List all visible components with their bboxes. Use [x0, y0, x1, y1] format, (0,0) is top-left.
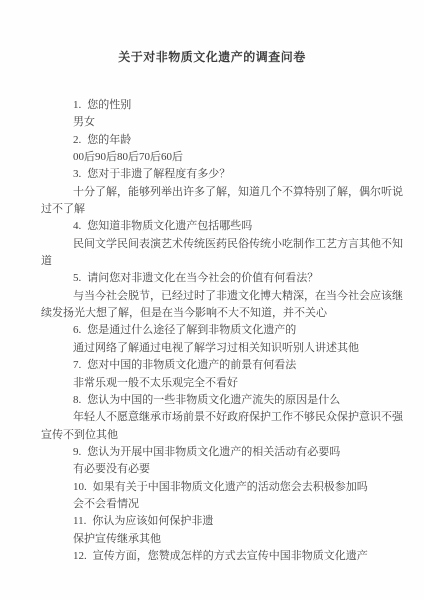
question-text: 您的性别	[87, 99, 131, 111]
question-item: 10.如果有关于中国非物质文化遗产的活动您会去积极参加吗 会不会看情况	[41, 479, 403, 514]
question-line: 12.宣传方面，您赞成怎样的方式去宣传中国非物质文化遗产	[41, 548, 403, 565]
question-number: 8.	[73, 394, 81, 406]
question-options: 民间文学民间表演艺术传统医药民俗传统小吃制作工艺方言其他不知道	[41, 236, 403, 271]
question-line: 3.您对于非遗了解程度有多少？	[41, 166, 403, 183]
question-number: 10.	[73, 481, 87, 493]
question-options: 十分了解，能够列举出许多了解，知道几个不算特别了解，偶尔听说过不了解	[41, 184, 403, 219]
question-item: 2.您的年龄 00后90后80后70后60后	[41, 132, 403, 167]
question-number: 11.	[73, 515, 86, 527]
question-item: 1.您的性别 男女	[41, 97, 403, 132]
question-line: 11.你认为应该如何保护非遗	[41, 513, 403, 530]
document-title: 关于对非物质文化遗产的调查问卷	[0, 49, 424, 65]
question-number: 4.	[73, 220, 81, 232]
question-line: 9.您认为开展中国非物质文化遗产的相关活动有必要吗	[41, 444, 403, 461]
question-text: 如果有关于中国非物质文化遗产的活动您会去积极参加吗	[93, 481, 368, 493]
question-line: 4.您知道非物质文化遗产包括哪些吗	[41, 218, 403, 235]
question-line: 5.请问您对非遗文化在当今社会的价值有何看法？	[41, 270, 403, 287]
question-line: 10.如果有关于中国非物质文化遗产的活动您会去积极参加吗	[41, 479, 403, 496]
question-number: 7.	[73, 359, 81, 371]
question-text: 您知道非物质文化遗产包括哪些吗	[87, 220, 252, 232]
question-text: 你认为应该如何保护非遗	[92, 515, 213, 527]
question-options: 通过网络了解通过电视了解学习过相关知识听别人讲述其他	[41, 340, 403, 357]
question-line: 6.您是通过什么途径了解到非物质文化遗产的	[41, 322, 403, 339]
question-number: 9.	[73, 446, 81, 458]
question-options: 男女	[41, 114, 403, 131]
question-text: 您的年龄	[87, 134, 131, 146]
question-text: 宣传方面，您赞成怎样的方式去宣传中国非物质文化遗产	[93, 550, 368, 562]
question-text: 您对中国的非物质文化遗产的前景有何看法	[87, 359, 296, 371]
question-item: 4.您知道非物质文化遗产包括哪些吗 民间文学民间表演艺术传统医药民俗传统小吃制作…	[41, 218, 403, 270]
question-text: 您认为中国的一些非物质文化遗产流失的原因是什么	[87, 394, 340, 406]
question-number: 12.	[73, 550, 87, 562]
question-item: 6.您是通过什么途径了解到非物质文化遗产的 通过网络了解通过电视了解学习过相关知…	[41, 322, 403, 357]
question-item: 3.您对于非遗了解程度有多少？ 十分了解，能够列举出许多了解，知道几个不算特别了…	[41, 166, 403, 218]
question-options: 非常乐观一般不太乐观完全不看好	[41, 375, 403, 392]
questionnaire-page: 关于对非物质文化遗产的调查问卷 1.您的性别 男女 2.您的年龄 00后90后8…	[0, 0, 424, 600]
question-item: 7.您对中国的非物质文化遗产的前景有何看法 非常乐观一般不太乐观完全不看好	[41, 357, 403, 392]
question-options: 有必要没有必要	[41, 461, 403, 478]
question-list: 1.您的性别 男女 2.您的年龄 00后90后80后70后60后 3.您对于非遗…	[41, 97, 403, 565]
question-text: 您认为开展中国非物质文化遗产的相关活动有必要吗	[87, 446, 340, 458]
question-number: 2.	[73, 134, 81, 146]
question-item: 11.你认为应该如何保护非遗 保护宣传继承其他	[41, 513, 403, 548]
question-text: 您是通过什么途径了解到非物质文化遗产的	[87, 324, 296, 336]
question-item: 9.您认为开展中国非物质文化遗产的相关活动有必要吗 有必要没有必要	[41, 444, 403, 479]
question-number: 6.	[73, 324, 81, 336]
question-options: 00后90后80后70后60后	[41, 149, 403, 166]
question-options: 与当今社会脱节，已经过时了非遗文化博大精深，在当今社会应该继续发扬光大想了解，但…	[41, 288, 403, 323]
question-text: 请问您对非遗文化在当今社会的价值有何看法？	[87, 272, 318, 284]
question-number: 5.	[73, 272, 81, 284]
question-number: 1.	[73, 99, 81, 111]
question-options: 会不会看情况	[41, 496, 403, 513]
question-item: 8.您认为中国的一些非物质文化遗产流失的原因是什么 年轻人不愿意继承市场前景不好…	[41, 392, 403, 444]
question-options: 保护宣传继承其他	[41, 531, 403, 548]
question-item: 5.请问您对非遗文化在当今社会的价值有何看法？ 与当今社会脱节，已经过时了非遗文…	[41, 270, 403, 322]
question-line: 1.您的性别	[41, 97, 403, 114]
question-line: 8.您认为中国的一些非物质文化遗产流失的原因是什么	[41, 392, 403, 409]
question-text: 您对于非遗了解程度有多少？	[87, 168, 230, 180]
question-line: 7.您对中国的非物质文化遗产的前景有何看法	[41, 357, 403, 374]
question-options: 年轻人不愿意继承市场前景不好政府保护工作不够民众保护意识不强宣传不到位其他	[41, 409, 403, 444]
question-number: 3.	[73, 168, 81, 180]
question-item: 12.宣传方面，您赞成怎样的方式去宣传中国非物质文化遗产	[41, 548, 403, 565]
question-line: 2.您的年龄	[41, 132, 403, 149]
